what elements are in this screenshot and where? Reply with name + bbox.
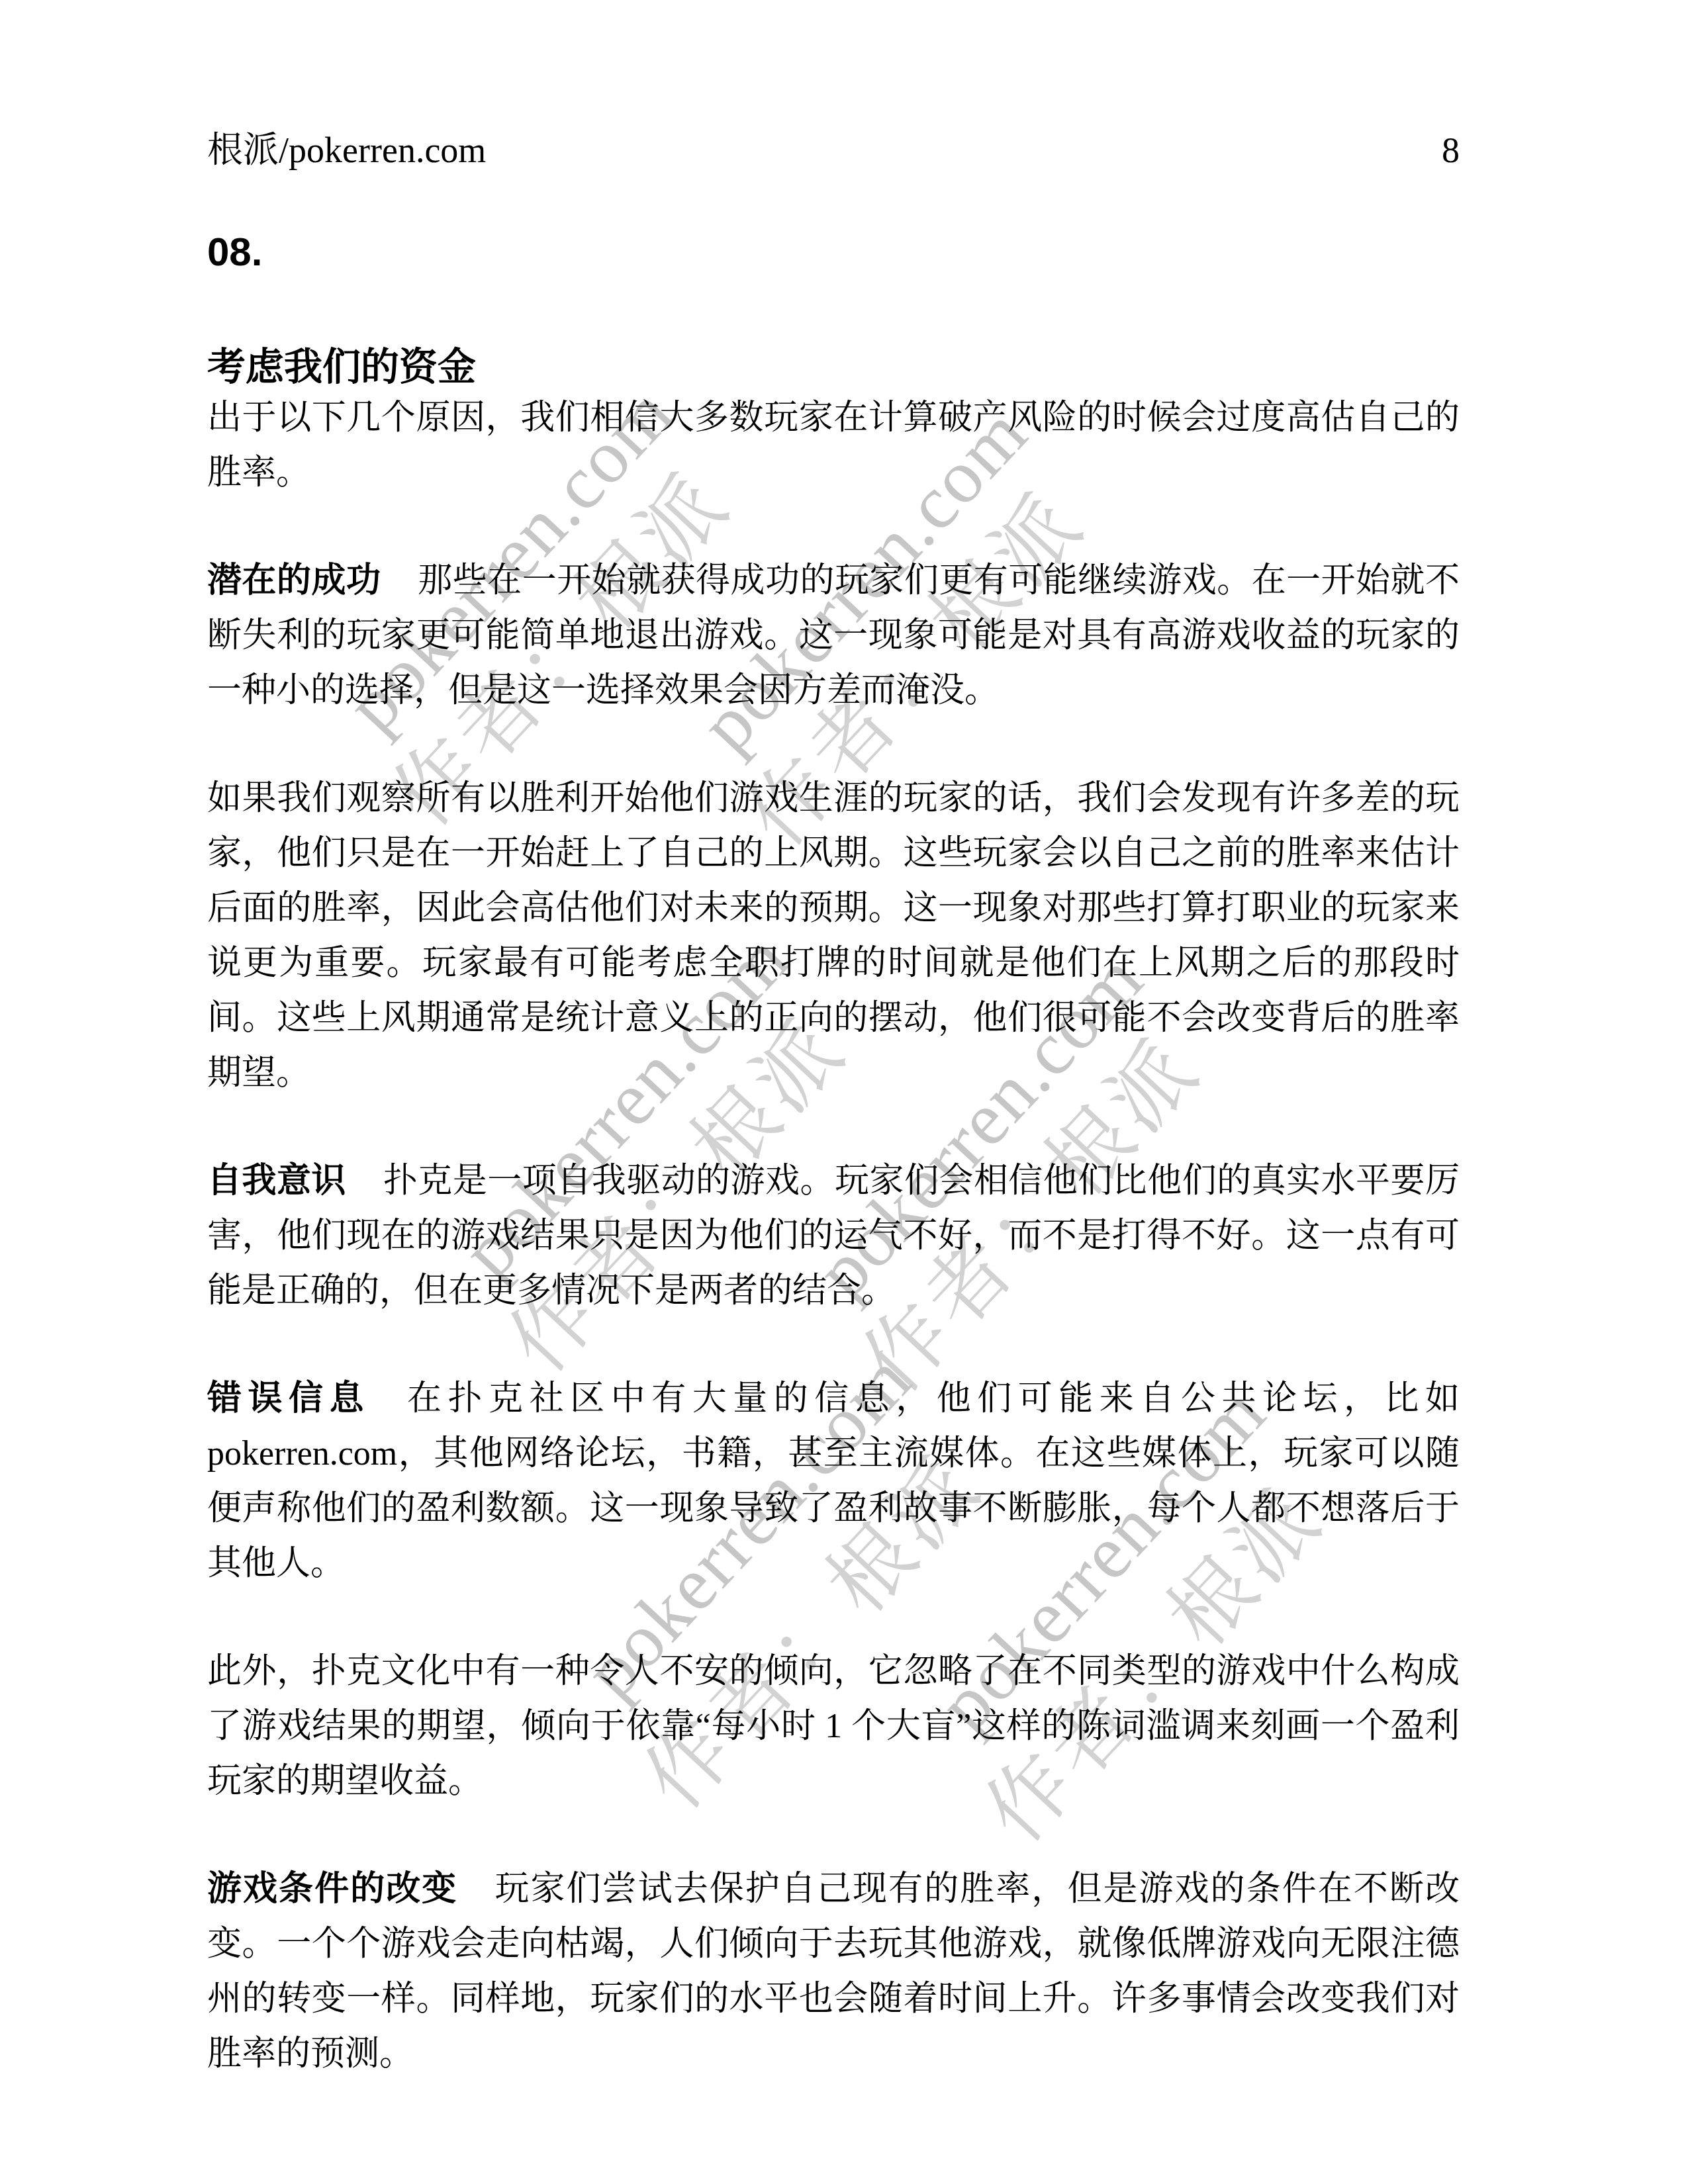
- page-number: 8: [1442, 130, 1460, 171]
- paragraph-label: 潜在的成功: [207, 561, 381, 600]
- paragraph: 此外，扑克文化中有一种令人不安的倾向，它忽略了在不同类型的游戏中什么构成了游戏结…: [207, 1644, 1460, 1809]
- header-site-label: 根派/pokerren.com: [207, 130, 486, 171]
- paragraph: 如果我们观察所有以胜利开始他们游戏生涯的玩家的话，我们会发现有许多差的玩家，他们…: [207, 771, 1460, 1101]
- paragraph: 游戏条件的改变玩家们尝试去保护自己现有的胜率，但是游戏的条件在不断改变。一个个游…: [207, 1862, 1460, 2081]
- paragraph-text: 那些在一开始就获得成功的玩家们更有可能继续游戏。在一开始就不断失利的玩家更可能简…: [207, 562, 1460, 709]
- page-header: 根派/pokerren.com 8: [207, 130, 1460, 171]
- paragraph: 错误信息在扑克社区中有大量的信息，他们可能来自公共论坛，比如 pokerren.…: [207, 1371, 1460, 1591]
- paragraph: 出于以下几个原因，我们相信大多数玩家在计算破产风险的时候会过度高估自己的胜率。: [207, 390, 1460, 500]
- paragraph-label: 错误信息: [207, 1379, 370, 1418]
- paragraph-text: 扑克是一项自我驱动的游戏。玩家们会相信他们比他们的真实水平要厉害，他们现在的游戏…: [207, 1162, 1460, 1310]
- paragraph-label: 自我意识: [207, 1161, 346, 1200]
- body-text: 出于以下几个原因，我们相信大多数玩家在计算破产风险的时候会过度高估自己的胜率。 …: [207, 390, 1460, 2134]
- paragraph-text: 此外，扑克文化中有一种令人不安的倾向，它忽略了在不同类型的游戏中什么构成了游戏结…: [207, 1653, 1460, 1800]
- paragraph-text: 出于以下几个原因，我们相信大多数玩家在计算破产风险的时候会过度高估自己的胜率。: [207, 399, 1460, 492]
- paragraph: 自我意识扑克是一项自我驱动的游戏。玩家们会相信他们比他们的真实水平要厉害，他们现…: [207, 1154, 1460, 1318]
- paragraph-label: 游戏条件的改变: [207, 1870, 457, 1908]
- paragraph: 潜在的成功那些在一开始就获得成功的玩家们更有可能继续游戏。在一开始就不断失利的玩…: [207, 553, 1460, 718]
- paragraph-text: 在扑克社区中有大量的信息，他们可能来自公共论坛，比如 pokerren.com，…: [207, 1380, 1460, 1582]
- paragraph-text: 如果我们观察所有以胜利开始他们游戏生涯的玩家的话，我们会发现有许多差的玩家，他们…: [207, 780, 1460, 1092]
- document-page: 根派/pokerren.com 8 08. 考虑我们的资金 出于以下几个原因，我…: [0, 0, 1688, 2184]
- page-title: 考虑我们的资金: [207, 336, 476, 391]
- section-number: 08.: [207, 229, 262, 275]
